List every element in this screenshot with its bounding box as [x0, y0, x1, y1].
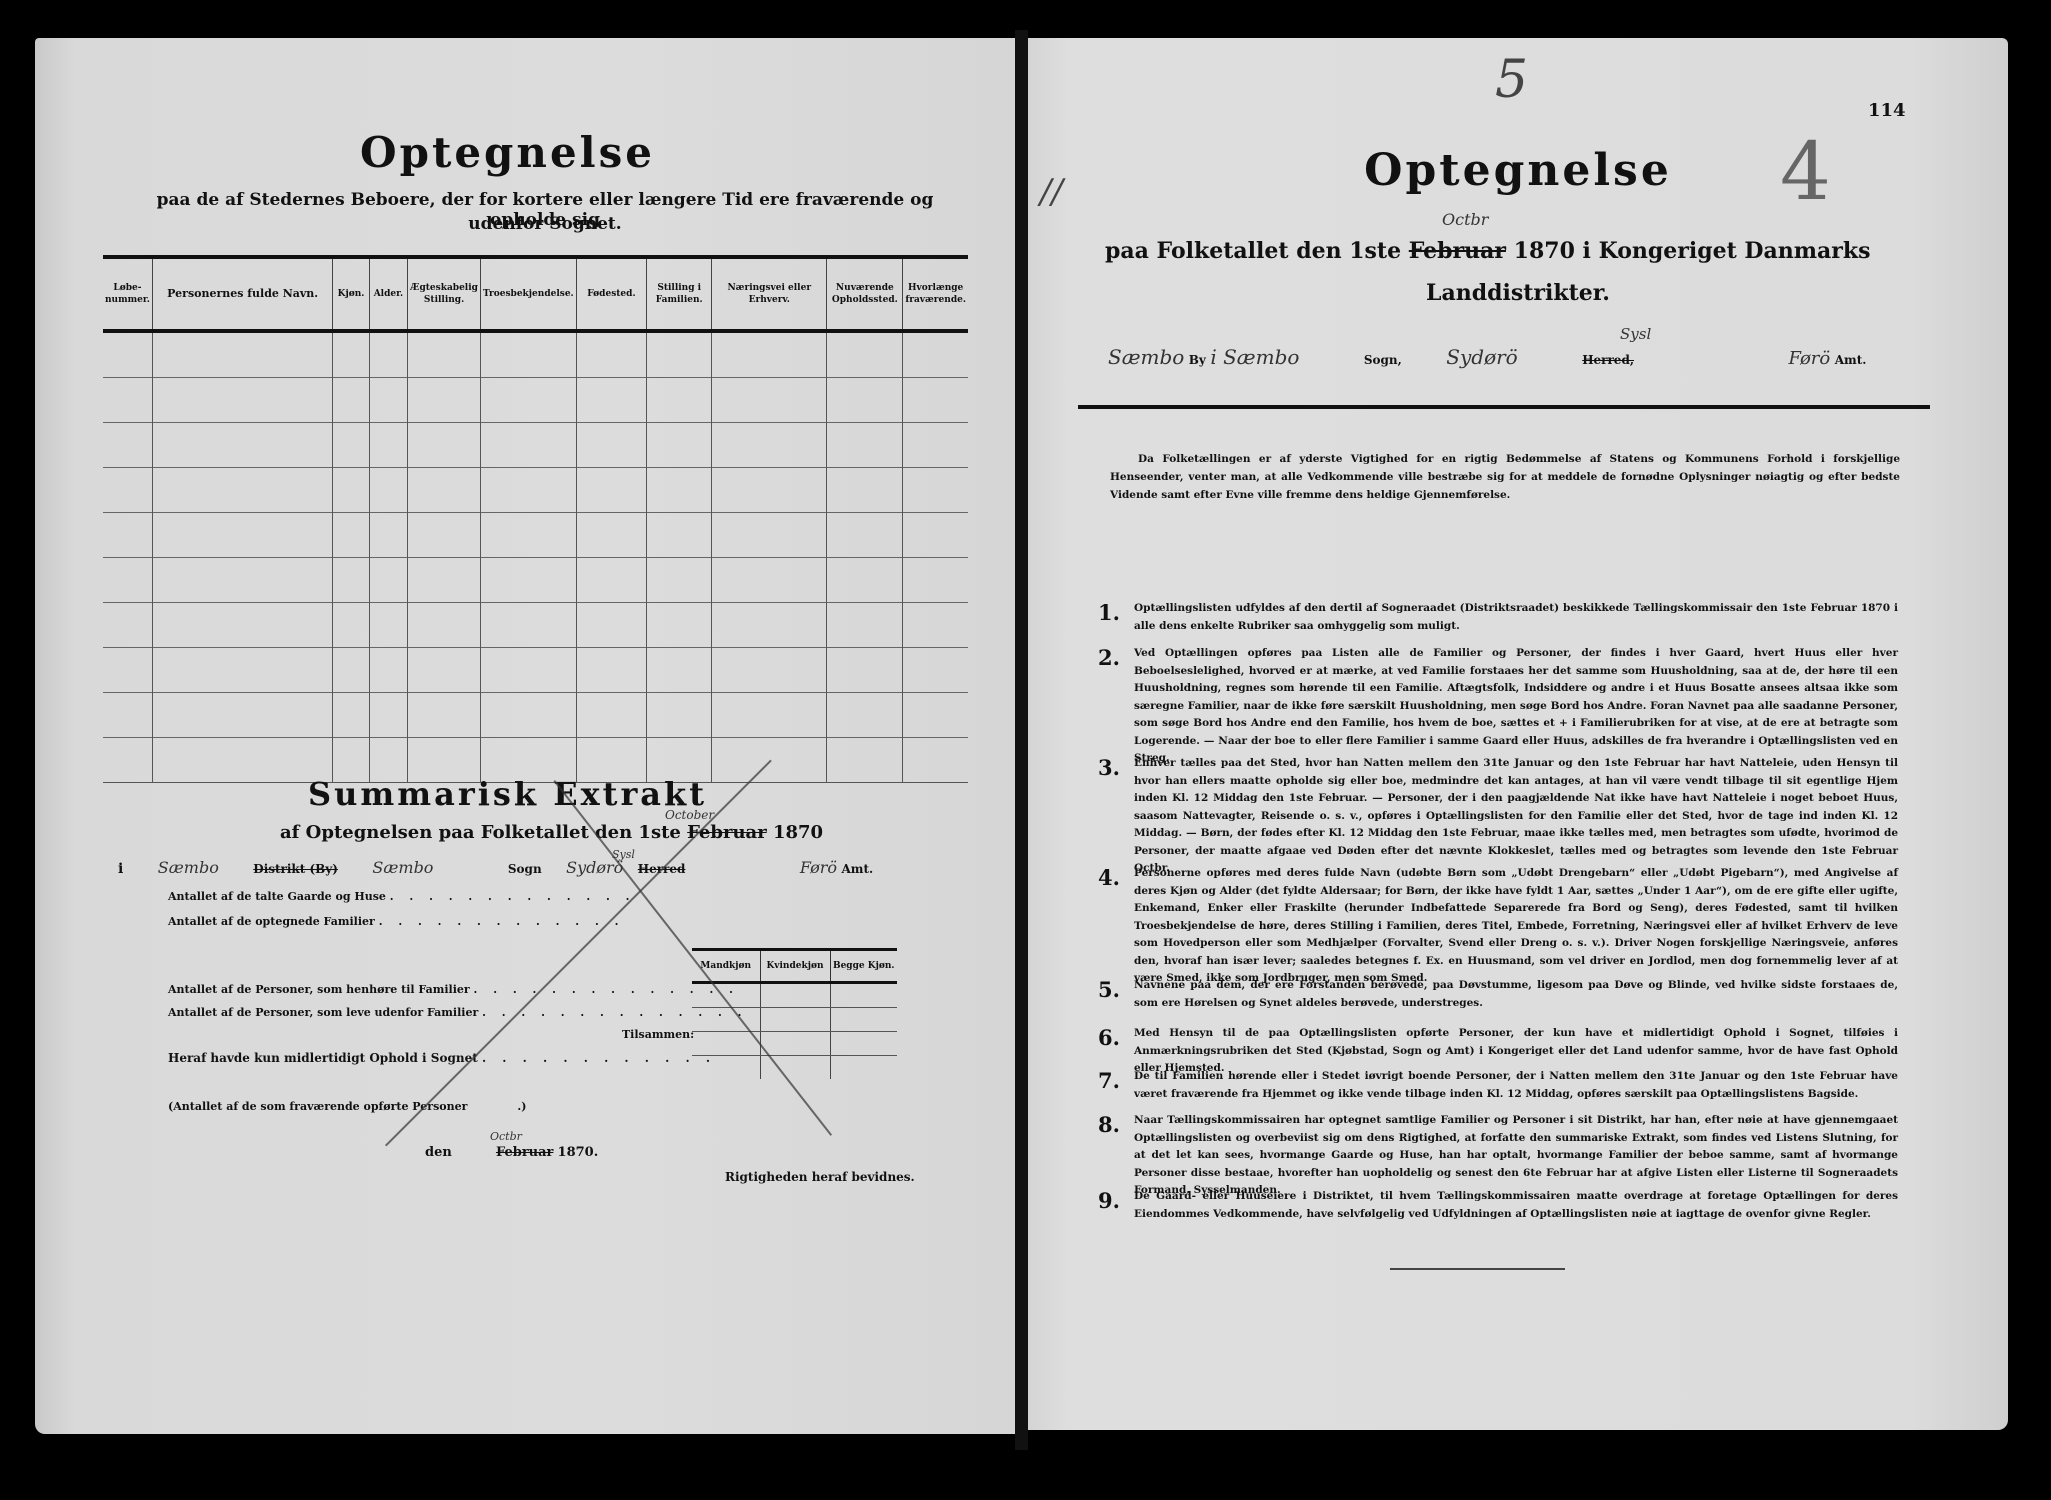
table-row [692, 1056, 897, 1080]
summary-location-line: i Sæmbo Distrikt (By) Sæmbo Sogn Sydørö … [118, 858, 998, 877]
struck-line [1390, 1268, 1565, 1270]
table-row [103, 423, 968, 468]
col-mandkjon: Mandkjøn [692, 950, 760, 983]
summary-line-midlertidigt: Heraf havde kun midlertidigt Ophold i So… [168, 1051, 716, 1065]
table-row [103, 378, 968, 423]
location-herred-handwritten: Sysl [1620, 325, 1651, 343]
summary-line-personer-familier: Antallet af de Personer, som henhøre til… [168, 983, 739, 996]
col-kvindekjon: Kvindekjøn [760, 950, 830, 983]
table-row [103, 603, 968, 648]
summary-subtitle: af Optegnelsen paa Folketallet den 1ste … [280, 822, 823, 843]
instruction-1: 1.Optællingslisten udfyldes af den derti… [1098, 600, 1898, 635]
col-hvorlaenge-fravaerende: Hvorlænge fraværende. [903, 257, 968, 331]
col-fulde-navn: Personernes fulde Navn. [152, 257, 333, 331]
instruction-2: 2.Ved Optællingen opføres paa Listen all… [1098, 645, 1898, 768]
instruction-5: 5.Navnene paa dem, der ere Forstanden be… [1098, 977, 1898, 1012]
divider-rule [1078, 405, 1930, 409]
summary-line-tilsammen: Tilsammen: [622, 1028, 694, 1041]
col-nuvaerende-opholdssted: Nuværende Opholdssted. [827, 257, 903, 331]
subtitle-handwritten-month: Octbr [1442, 210, 1488, 229]
instruction-7: 7.De til Familien hørende eller i Stedet… [1098, 1068, 1898, 1103]
col-naeringsvei: Næringsvei eller Erhverv. [712, 257, 827, 331]
summary-line-gaarde: Antallet af de talte Gaarde og Huse . . … [168, 890, 636, 903]
col-stilling-i-familien: Stilling i Familien. [647, 257, 712, 331]
pencil-mark-5: 5 [1495, 50, 1528, 110]
col-alder: Alder. [369, 257, 407, 331]
col-lobenummer: Løbe-nummer. [103, 257, 152, 331]
summary-date-handwritten-month: Octbr [490, 1130, 522, 1143]
instruction-4: 4.Personerne opføres med deres fulde Nav… [1098, 865, 1898, 988]
right-page-subtitle-line2: Landdistrikter. [1028, 280, 2008, 306]
summary-title: Summarisk Extrakt [0, 775, 1015, 813]
location-line: Sæmbo By i Sæmbo Sogn, Sydørö Herred, Fø… [1108, 345, 1968, 369]
handwritten-month: October [665, 808, 714, 822]
col-fodested: Fødested. [576, 257, 647, 331]
instruction-3: 3.Enhver tælles paa det Sted, hvor han N… [1098, 755, 1898, 878]
table-row [103, 513, 968, 558]
summary-line-familier: Antallet af de optegnede Familier . . . … [168, 915, 624, 928]
table-row [103, 468, 968, 513]
summary-line-personer-udenfor: Antallet af de Personer, som leve udenfo… [168, 1006, 748, 1019]
book-spine [1015, 30, 1028, 1450]
table-row [692, 1032, 897, 1056]
instruction-8: 8.Naar Tællingskommissairen har optegnet… [1098, 1112, 1898, 1200]
right-page-title: Optegnelse [1028, 145, 2008, 196]
col-troesbekjendelse: Troesbekjendelse. [480, 257, 576, 331]
left-page-title: Optegnelse [0, 128, 1015, 177]
col-begge-kjon: Begge Kjøn. [830, 950, 897, 983]
table-header-row: Løbe-nummer. Personernes fulde Navn. Kjø… [103, 257, 968, 331]
col-kjon: Kjøn. [333, 257, 369, 331]
table-row [103, 648, 968, 693]
left-page-subtitle-line2: udenfor Sognet. [120, 214, 970, 234]
table-row [103, 331, 968, 378]
folio-number: 114 [1868, 100, 1906, 121]
col-aegteskabelig-stilling: Ægteskabelig Stilling. [408, 257, 481, 331]
instruction-9: 9.De Gaard- eller Huuseiere i Distriktet… [1098, 1188, 1898, 1223]
summary-line-fravaerende: (Antallet af de som fraværende opførte P… [168, 1100, 526, 1113]
summary-date-line: den Februar 1870. [425, 1145, 598, 1160]
intro-paragraph: Da Folketællingen er af yderste Vigtighe… [1110, 450, 1900, 504]
table-row [103, 693, 968, 738]
absentees-table: Løbe-nummer. Personernes fulde Navn. Kjø… [103, 255, 968, 783]
table-row [103, 558, 968, 603]
certification-text: Rigtigheden heraf bevidnes. [725, 1170, 915, 1184]
right-page-subtitle: paa Folketallet den 1ste Februar 1870 i … [1105, 238, 1870, 264]
